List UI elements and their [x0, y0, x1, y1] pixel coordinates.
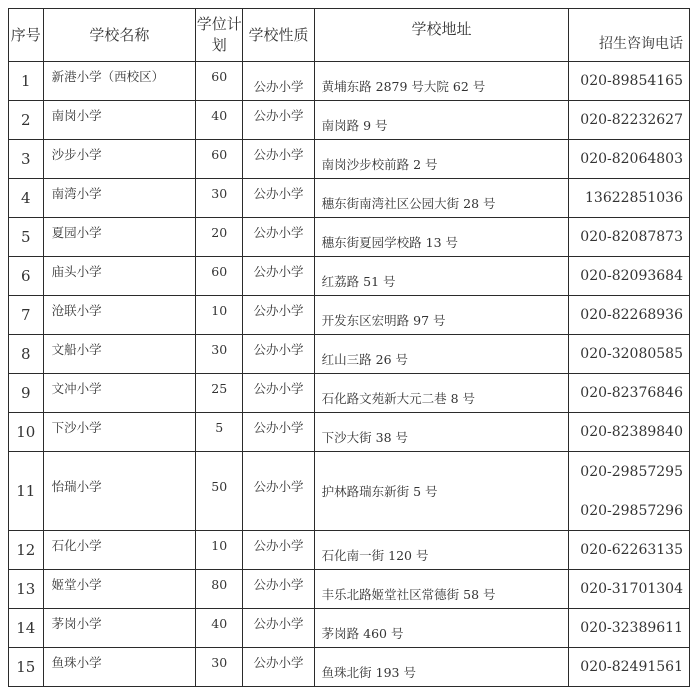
phone-number: 020-82064803 — [580, 151, 683, 167]
school-type: 公办小学 — [253, 186, 303, 201]
header-name: 学校名称 — [43, 9, 196, 62]
cell-phone: 020-82268936 — [569, 296, 690, 335]
cell-no: 15 — [9, 648, 44, 687]
cell-no: 12 — [9, 531, 44, 570]
cell-school-name: 文船小学 — [43, 335, 196, 374]
table-row: 6庙头小学60公办小学红荔路 51 号020-82093684 — [9, 257, 690, 296]
cell-seats: 40 — [196, 101, 243, 140]
cell-phone: 020-62263135 — [569, 531, 690, 570]
school-name: 怡瑞小学 — [52, 479, 102, 494]
school-address: 黄埔东路 2879 号大院 62 号 — [322, 79, 486, 94]
school-enrollment-table: 序号 学校名称 学位计划 学校性质 学校地址 招生咨询电话 1新港小学（西校区）… — [8, 8, 690, 687]
cell-phone: 020-82389840 — [569, 413, 690, 452]
cell-seats: 80 — [196, 570, 243, 609]
cell-seats: 40 — [196, 609, 243, 648]
cell-seats: 30 — [196, 335, 243, 374]
phone-number: 020-82093684 — [580, 268, 683, 284]
table-row: 7沧联小学10公办小学开发东区宏明路 97 号020-82268936 — [9, 296, 690, 335]
school-address: 南岗沙步校前路 2 号 — [322, 157, 438, 172]
header-address: 学校地址 — [314, 9, 569, 62]
cell-address: 下沙大街 38 号 — [314, 413, 569, 452]
school-type: 公办小学 — [253, 479, 303, 494]
cell-seats: 10 — [196, 296, 243, 335]
seats-count: 30 — [211, 342, 227, 357]
cell-school-name: 姬堂小学 — [43, 570, 196, 609]
header-seats: 学位计划 — [196, 9, 243, 62]
school-address: 穗东街南湾社区公园大街 28 号 — [322, 196, 496, 211]
cell-type: 公办小学 — [243, 218, 314, 257]
cell-school-name: 鱼珠小学 — [43, 648, 196, 687]
cell-school-name: 南湾小学 — [43, 179, 196, 218]
header-no: 序号 — [9, 9, 44, 62]
cell-school-name: 茅岗小学 — [43, 609, 196, 648]
cell-phone: 020-82064803 — [569, 140, 690, 179]
school-name: 南湾小学 — [52, 186, 102, 201]
cell-address: 石化南一街 120 号 — [314, 531, 569, 570]
school-type: 公办小学 — [253, 420, 303, 435]
school-name: 鱼珠小学 — [52, 655, 102, 670]
seats-count: 60 — [211, 69, 227, 84]
cell-address: 穗东街南湾社区公园大街 28 号 — [314, 179, 569, 218]
cell-no: 13 — [9, 570, 44, 609]
cell-phone: 020-32389611 — [569, 609, 690, 648]
table-row: 4南湾小学30公办小学穗东街南湾社区公园大街 28 号13622851036 — [9, 179, 690, 218]
cell-seats: 30 — [196, 179, 243, 218]
cell-school-name: 庙头小学 — [43, 257, 196, 296]
table-row: 11怡瑞小学50公办小学护林路瑞东新街 5 号020-29857295020-2… — [9, 452, 690, 531]
cell-school-name: 沙步小学 — [43, 140, 196, 179]
cell-phone: 020-31701304 — [569, 570, 690, 609]
table-row: 13姬堂小学80公办小学丰乐北路姬堂社区常德街 58 号020-31701304 — [9, 570, 690, 609]
cell-address: 南岗沙步校前路 2 号 — [314, 140, 569, 179]
seats-count: 60 — [211, 264, 227, 279]
cell-type: 公办小学 — [243, 62, 314, 101]
cell-no: 14 — [9, 609, 44, 648]
table-row: 3沙步小学60公办小学南岗沙步校前路 2 号020-82064803 — [9, 140, 690, 179]
cell-phone: 020-32080585 — [569, 335, 690, 374]
table-row: 15鱼珠小学30公办小学鱼珠北街 193 号020-82491561 — [9, 648, 690, 687]
cell-seats: 60 — [196, 62, 243, 101]
table-row: 9文冲小学25公办小学石化路文苑新大元二巷 8 号020-82376846 — [9, 374, 690, 413]
school-type: 公办小学 — [253, 225, 303, 240]
cell-address: 穗东街夏园学校路 13 号 — [314, 218, 569, 257]
cell-phone: 020-82093684 — [569, 257, 690, 296]
table-row: 8文船小学30公办小学红山三路 26 号020-32080585 — [9, 335, 690, 374]
school-address: 红荔路 51 号 — [322, 274, 396, 289]
seats-count: 40 — [211, 108, 227, 123]
table-row: 2南岗小学40公办小学南岗路 9 号020-82232627 — [9, 101, 690, 140]
cell-no: 9 — [9, 374, 44, 413]
school-address: 茅岗路 460 号 — [322, 626, 404, 641]
cell-school-name: 文冲小学 — [43, 374, 196, 413]
seats-count: 30 — [211, 186, 227, 201]
table-row: 1新港小学（西校区）60公办小学黄埔东路 2879 号大院 62 号020-89… — [9, 62, 690, 101]
phone-number: 020-32080585 — [580, 346, 683, 362]
cell-school-name: 新港小学（西校区） — [43, 62, 196, 101]
cell-address: 红山三路 26 号 — [314, 335, 569, 374]
school-name: 姬堂小学 — [52, 577, 102, 592]
school-type: 公办小学 — [253, 381, 303, 396]
phone-number: 020-29857295 — [569, 462, 683, 482]
cell-seats: 50 — [196, 452, 243, 531]
school-name: 石化小学 — [52, 538, 102, 553]
cell-school-name: 沧联小学 — [43, 296, 196, 335]
cell-type: 公办小学 — [243, 335, 314, 374]
phone-number: 020-82268936 — [580, 307, 683, 323]
cell-no: 5 — [9, 218, 44, 257]
cell-phone: 13622851036 — [569, 179, 690, 218]
school-name: 文船小学 — [52, 342, 102, 357]
phone-number: 13622851036 — [585, 190, 683, 206]
cell-type: 公办小学 — [243, 413, 314, 452]
cell-type: 公办小学 — [243, 531, 314, 570]
phone-number: 020-82087873 — [580, 229, 683, 245]
table-row: 14茅岗小学40公办小学茅岗路 460 号020-32389611 — [9, 609, 690, 648]
school-type: 公办小学 — [253, 616, 303, 631]
cell-seats: 10 — [196, 531, 243, 570]
cell-address: 丰乐北路姬堂社区常德街 58 号 — [314, 570, 569, 609]
seats-count: 30 — [211, 655, 227, 670]
cell-phone: 020-82376846 — [569, 374, 690, 413]
cell-type: 公办小学 — [243, 609, 314, 648]
seats-count: 10 — [211, 303, 227, 318]
school-name: 南岗小学 — [52, 108, 102, 123]
cell-type: 公办小学 — [243, 257, 314, 296]
seats-count: 5 — [215, 420, 223, 435]
cell-address: 鱼珠北街 193 号 — [314, 648, 569, 687]
cell-address: 护林路瑞东新街 5 号 — [314, 452, 569, 531]
school-address: 丰乐北路姬堂社区常德街 58 号 — [322, 587, 496, 602]
school-name: 庙头小学 — [52, 264, 102, 279]
school-name: 夏园小学 — [52, 225, 102, 240]
cell-no: 7 — [9, 296, 44, 335]
school-type: 公办小学 — [253, 538, 303, 553]
cell-address: 红荔路 51 号 — [314, 257, 569, 296]
cell-no: 11 — [9, 452, 44, 531]
school-name: 下沙小学 — [52, 420, 102, 435]
table-row: 12石化小学10公办小学石化南一街 120 号020-62263135 — [9, 531, 690, 570]
table-row: 5夏园小学20公办小学穗东街夏园学校路 13 号020-82087873 — [9, 218, 690, 257]
school-type: 公办小学 — [253, 147, 303, 162]
seats-count: 20 — [211, 225, 227, 240]
cell-no: 1 — [9, 62, 44, 101]
cell-seats: 20 — [196, 218, 243, 257]
cell-phone: 020-82232627 — [569, 101, 690, 140]
seats-count: 60 — [211, 147, 227, 162]
cell-school-name: 下沙小学 — [43, 413, 196, 452]
phone-number: 020-82389840 — [580, 424, 683, 440]
cell-type: 公办小学 — [243, 296, 314, 335]
school-address: 红山三路 26 号 — [322, 352, 408, 367]
school-address: 南岗路 9 号 — [322, 118, 388, 133]
cell-phone: 020-82087873 — [569, 218, 690, 257]
cell-school-name: 石化小学 — [43, 531, 196, 570]
school-type: 公办小学 — [253, 342, 303, 357]
school-address: 穗东街夏园学校路 13 号 — [322, 235, 458, 250]
school-type: 公办小学 — [253, 108, 303, 123]
cell-phone: 020-29857295020-29857296 — [569, 452, 690, 531]
school-type: 公办小学 — [253, 303, 303, 318]
phone-number: 020-82376846 — [580, 385, 683, 401]
phone-number: 020-31701304 — [580, 581, 683, 597]
school-name: 文冲小学 — [52, 381, 102, 396]
table-row: 10下沙小学5公办小学下沙大街 38 号020-82389840 — [9, 413, 690, 452]
cell-seats: 5 — [196, 413, 243, 452]
phone-number: 020-82232627 — [580, 112, 683, 128]
header-phone: 招生咨询电话 — [569, 9, 690, 62]
phone-number: 020-89854165 — [580, 73, 683, 89]
cell-address: 南岗路 9 号 — [314, 101, 569, 140]
cell-address: 茅岗路 460 号 — [314, 609, 569, 648]
cell-seats: 60 — [196, 140, 243, 179]
cell-type: 公办小学 — [243, 648, 314, 687]
cell-school-name: 夏园小学 — [43, 218, 196, 257]
school-address: 石化路文苑新大元二巷 8 号 — [322, 391, 475, 406]
school-type: 公办小学 — [253, 79, 303, 94]
phone-number: 020-62263135 — [580, 542, 683, 558]
cell-seats: 25 — [196, 374, 243, 413]
cell-seats: 30 — [196, 648, 243, 687]
cell-no: 2 — [9, 101, 44, 140]
seats-count: 25 — [211, 381, 227, 396]
school-name: 沧联小学 — [52, 303, 102, 318]
cell-type: 公办小学 — [243, 452, 314, 531]
cell-no: 8 — [9, 335, 44, 374]
cell-address: 开发东区宏明路 97 号 — [314, 296, 569, 335]
cell-type: 公办小学 — [243, 374, 314, 413]
school-address: 开发东区宏明路 97 号 — [322, 313, 446, 328]
school-type: 公办小学 — [253, 655, 303, 670]
cell-type: 公办小学 — [243, 140, 314, 179]
phone-number: 020-29857296 — [569, 501, 683, 521]
header-type: 学校性质 — [243, 9, 314, 62]
school-address: 鱼珠北街 193 号 — [322, 665, 416, 680]
cell-school-name: 南岗小学 — [43, 101, 196, 140]
school-type: 公办小学 — [253, 577, 303, 592]
school-address: 石化南一街 120 号 — [322, 548, 429, 563]
cell-no: 4 — [9, 179, 44, 218]
cell-type: 公办小学 — [243, 179, 314, 218]
seats-count: 80 — [211, 577, 227, 592]
cell-school-name: 怡瑞小学 — [43, 452, 196, 531]
cell-address: 石化路文苑新大元二巷 8 号 — [314, 374, 569, 413]
cell-seats: 60 — [196, 257, 243, 296]
school-type: 公办小学 — [253, 264, 303, 279]
cell-phone: 020-89854165 — [569, 62, 690, 101]
cell-no: 10 — [9, 413, 44, 452]
cell-type: 公办小学 — [243, 101, 314, 140]
cell-phone: 020-82491561 — [569, 648, 690, 687]
seats-count: 50 — [211, 479, 227, 494]
cell-address: 黄埔东路 2879 号大院 62 号 — [314, 62, 569, 101]
seats-count: 10 — [211, 538, 227, 553]
table-body: 1新港小学（西校区）60公办小学黄埔东路 2879 号大院 62 号020-89… — [9, 62, 690, 687]
school-name: 新港小学（西校区） — [52, 69, 165, 84]
school-name: 沙步小学 — [52, 147, 102, 162]
cell-type: 公办小学 — [243, 570, 314, 609]
phone-number: 020-32389611 — [580, 620, 683, 636]
school-address: 护林路瑞东新街 5 号 — [322, 484, 438, 499]
seats-count: 40 — [211, 616, 227, 631]
cell-no: 3 — [9, 140, 44, 179]
header-row: 序号 学校名称 学位计划 学校性质 学校地址 招生咨询电话 — [9, 9, 690, 62]
phone-number: 020-82491561 — [580, 659, 683, 675]
school-name: 茅岗小学 — [52, 616, 102, 631]
school-address: 下沙大街 38 号 — [322, 430, 408, 445]
cell-no: 6 — [9, 257, 44, 296]
